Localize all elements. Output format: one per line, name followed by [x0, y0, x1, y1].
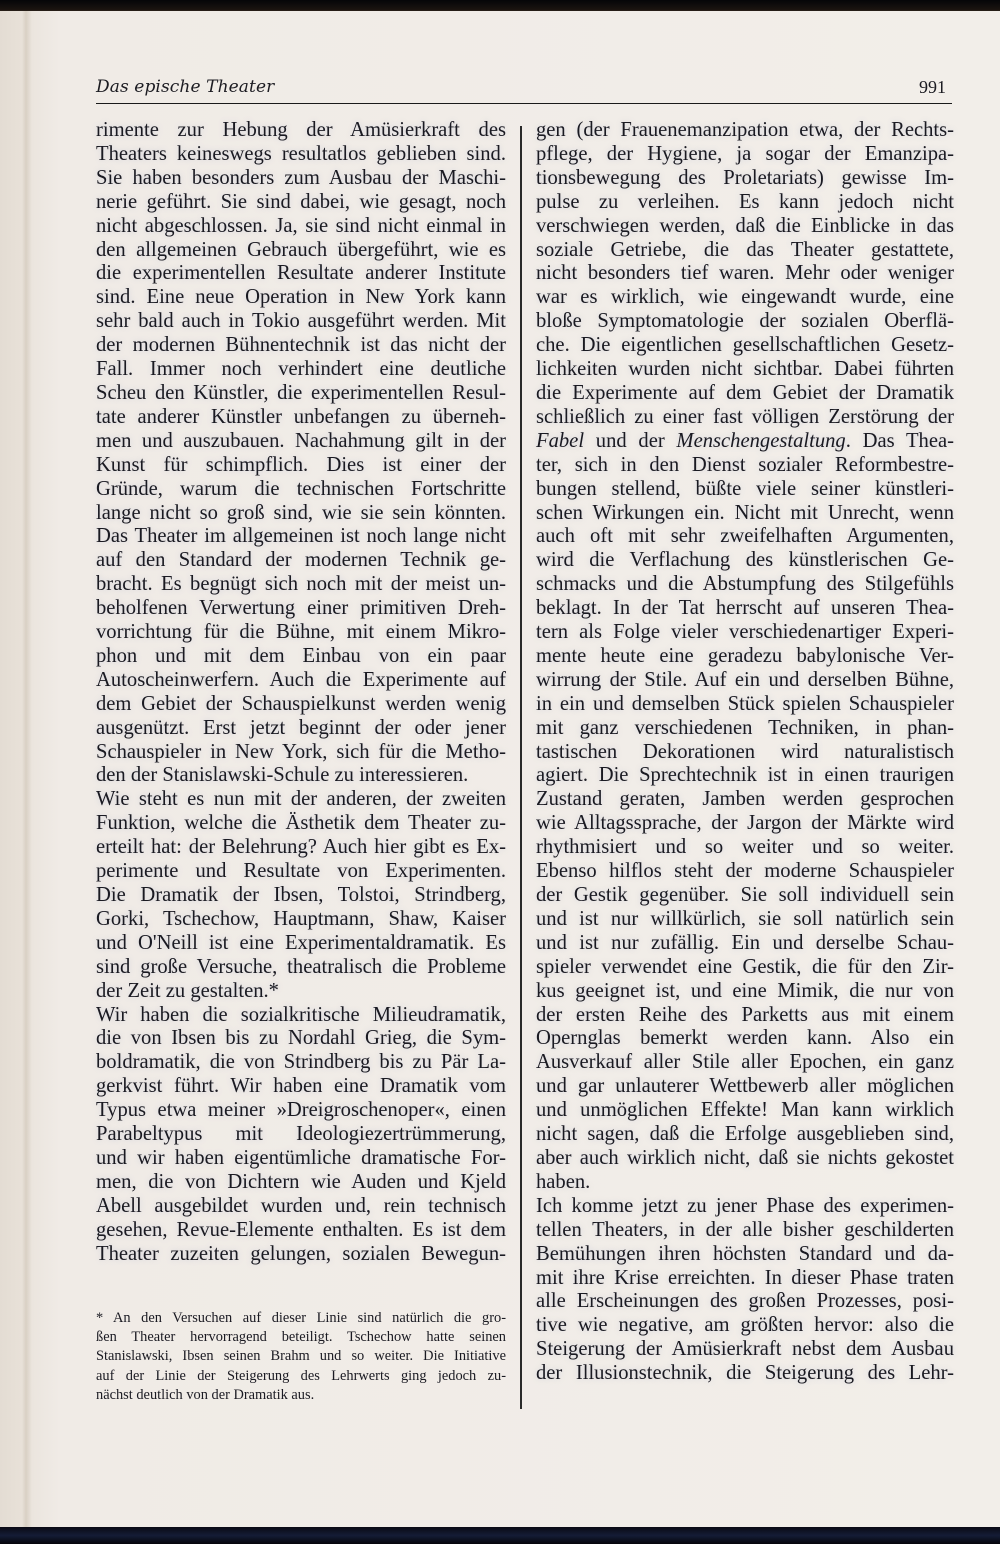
text-line: Wir haben die sozialkritische Milieudram… — [96, 1004, 506, 1028]
text-line: men, die von Dichtern wie Auden und Kjel… — [96, 1171, 506, 1195]
text-line: soziale Getriebe, die das Theater gestat… — [536, 239, 954, 263]
text-line: tern als Folge vieler verschiedenartiger… — [536, 621, 954, 645]
text-line: und O'Neill ist eine Experimentaldramati… — [96, 932, 506, 956]
text-line: auch oft mit sehr zweifelhaften Argument… — [536, 525, 954, 549]
text-line: vorrichtung für die Bühne, mit einem Mik… — [96, 621, 506, 645]
text-line: ter, sich in den Dienst sozialer Reformb… — [536, 454, 954, 478]
text-line: Ich komme jetzt zu jener Phase des exper… — [536, 1195, 954, 1219]
text-line: tellen Theaters, in der alle bisher gesc… — [536, 1219, 954, 1243]
text-line: Sie haben besonders zum Ausbau der Masch… — [96, 167, 506, 191]
text-line: mit ihre Krise erreichten. In dieser Pha… — [536, 1267, 954, 1291]
text-line: Fall. Immer noch verhindert eine deutlic… — [96, 358, 506, 382]
text-line: Ausverkauf aller Stile aller Epochen, ei… — [536, 1051, 954, 1075]
text-line: mit ganz verschiedenen Techniken, in pha… — [536, 717, 954, 741]
text-line: Steigerung der Amüsierkraft nebst dem Au… — [536, 1338, 954, 1362]
text-line: wirrung der Stile. Auf ein und derselben… — [536, 669, 954, 693]
text-line: Bemühungen ihren höchsten Standard und d… — [536, 1243, 954, 1267]
text-line: Zustand geraten, Jamben werden gesproche… — [536, 788, 954, 812]
text-line: Parabeltypus mit Ideologiezertrümmerung, — [96, 1123, 506, 1147]
footnote-line: ßen Theater hervorragend beteiligt. Tsch… — [96, 1328, 506, 1347]
text-line: und unmöglichen Effekte! Man kann wirkli… — [536, 1099, 954, 1123]
text-line: rimente zur Hebung der Amüsierkraft des — [96, 119, 506, 143]
text-line: und wir haben eigentümliche dramatische … — [96, 1147, 506, 1171]
text-line: sind große Versuche, theatralisch die Pr… — [96, 956, 506, 980]
text-line: Schauspieler in New York, sich für die M… — [96, 741, 506, 765]
text-line: erteilt hat: der Belehrung? Auch hier gi… — [96, 836, 506, 860]
text-line: wird die Verflachung des künstlerischen … — [536, 549, 954, 573]
text-line: pulse zu verleihen. Es kann jedoch nicht — [536, 191, 954, 215]
text-line: Ebenso hilflos steht der moderne Schausp… — [536, 860, 954, 884]
text-line: lichkeiten wurden nicht sichtbar. Dabei … — [536, 358, 954, 382]
scan-bottom-edge — [0, 1527, 1000, 1544]
emphasis-fabel: Fabel — [536, 430, 584, 452]
text-line: sind. Eine neue Operation in New York ka… — [96, 286, 506, 310]
text-line: schließlich zu einer fast völligen Zerst… — [536, 406, 954, 430]
text-line: tastischen Dekorationen wird naturalisti… — [536, 741, 954, 765]
footnote-line: nächst deutlich von der Dramatik aus. — [96, 1386, 506, 1405]
text-line: die Experimente auf dem Gebiet der Drama… — [536, 382, 954, 406]
text-line: Theaters keineswegs resultatlos gebliebe… — [96, 143, 506, 167]
text-line: verschwiegen werden, daß die Einblicke i… — [536, 215, 954, 239]
text-line: Autoscheinwerfern. Auch die Experimente … — [96, 669, 506, 693]
text-line-with-emphasis: Fabel und der Menschengestaltung. Das Th… — [536, 430, 954, 454]
text-line: boldramatik, die von Strindberg bis zu P… — [96, 1051, 506, 1075]
text-line: gesehen, Revue-Elemente enthalten. Es is… — [96, 1219, 506, 1243]
footnote-line: * An den Versuchen auf dieser Linie sind… — [96, 1309, 506, 1328]
text-line: schmacks und die Abstumpfung des Stilgef… — [536, 573, 954, 597]
running-title: Das epische Theater — [96, 77, 274, 97]
text-line: der ersten Reihe des Parketts aus mit ei… — [536, 1004, 954, 1028]
text-line: nicht abgeschlossen. Ja, sie sind nicht … — [96, 215, 506, 239]
running-header: Das epische Theater 991 — [96, 77, 952, 104]
text-line: alle Erscheinungen des großen Prozesses,… — [536, 1290, 954, 1314]
text-line: beholfenen Verwertung einer primitiven D… — [96, 597, 506, 621]
text-line: gerkvist führt. Wir haben eine Dramatik … — [96, 1075, 506, 1099]
text-line: Opernglas bemerkt werden kann. Also ein — [536, 1027, 954, 1051]
text-line: die experimentellen Resultate anderer In… — [96, 262, 506, 286]
text-line: bloße Symptomatologie der sozialen Oberf… — [536, 310, 954, 334]
emphasis-menschengestaltung: Menschengestaltung — [676, 430, 845, 452]
text-line: Wie steht es nun mit der anderen, der zw… — [96, 788, 506, 812]
scanned-book-page: Das epische Theater 991 rimente zur Hebu… — [0, 0, 1000, 1544]
text-line: Gründe, warum die technischen Fortschrit… — [96, 478, 506, 502]
footnote-line: auf der Linie der Steigerung des Lehrwer… — [96, 1367, 506, 1386]
text-line: perimente und Resultate von Experimenten… — [96, 860, 506, 884]
text-line: aber auch wirklich nicht, daß sie nichts… — [536, 1147, 954, 1171]
text-line: Typus etwa meiner »Dreigroschenoper«, ei… — [96, 1099, 506, 1123]
text-line: die von Ibsen bis zu Nordahl Grieg, die … — [96, 1027, 506, 1051]
text-line: Theater zuzeiten gelungen, sozialen Bewe… — [96, 1243, 506, 1267]
text-line: der Illusionstechnik, die Steigerung des… — [536, 1362, 954, 1386]
text-line: che. Die eigentlichen gesellschaftlichen… — [536, 334, 954, 358]
text-line: beklagt. In der Tat herrscht auf unseren… — [536, 597, 954, 621]
text-line: wie Alltagssprache, der Jargon der Märkt… — [536, 812, 954, 836]
text-line: phon und mit dem Einbau von ein paar — [96, 645, 506, 669]
text-line: Die Dramatik der Ibsen, Tolstoi, Strindb… — [96, 884, 506, 908]
text-line: in ein und demselben Stück spielen Schau… — [536, 693, 954, 717]
text-line: tive wie negative, am größten hervor: al… — [536, 1314, 954, 1338]
text-line: bungen stellend, büßte viele seiner küns… — [536, 478, 954, 502]
text-line: agiert. Die Sprechtechnik ist in einen t… — [536, 764, 954, 788]
text-line: pflege, der Hygiene, ja sogar der Emanzi… — [536, 143, 954, 167]
text-line: und ist nur zufällig. Ein und derselbe S… — [536, 932, 954, 956]
text-line: Abell ausgebildet wurden und, rein techn… — [96, 1195, 506, 1219]
column-divider — [520, 126, 522, 1409]
text-line: nicht sagen, daß die Erfolge ausgebliebe… — [536, 1123, 954, 1147]
text-line: spieler verwendet eine Gestik, die für d… — [536, 956, 954, 980]
text-fragment: und der — [584, 430, 676, 452]
book-page: Das epische Theater 991 rimente zur Hebu… — [0, 11, 1000, 1528]
right-column: gen (der Frauenemanzipation etwa, der Re… — [536, 119, 954, 1386]
footnote-line: Stanislawski, Ibsen seinen Brahm und so … — [96, 1347, 506, 1366]
text-line: Das Theater im allgemeinen ist noch lang… — [96, 525, 506, 549]
text-line: haben. — [536, 1171, 954, 1195]
left-column: rimente zur Hebung der Amüsierkraft des … — [96, 119, 506, 1267]
text-line: tate anderer Künstler unbefangen zu über… — [96, 406, 506, 430]
text-line: der modernen Bühnentechnik ist das nicht… — [96, 334, 506, 358]
text-line: men und auszubauen. Nachahmung gilt in d… — [96, 430, 506, 454]
text-line: Kunst für schimpflich. Dies ist einer de… — [96, 454, 506, 478]
text-line: schen Wirkungen ein. Nicht mit Unrecht, … — [536, 502, 954, 526]
text-line: mente heute eine geradezu babylonische V… — [536, 645, 954, 669]
text-line: Funktion, welche die Ästhetik dem Theate… — [96, 812, 506, 836]
text-line: und gar unlauterer Wettbewerb aller mögl… — [536, 1075, 954, 1099]
text-line: und ist nur willkürlich, sie soll natürl… — [536, 908, 954, 932]
text-line: auf den Standard der modernen Technik ge… — [96, 549, 506, 573]
text-line: nicht besonders tief waren. Mehr oder we… — [536, 262, 954, 286]
text-line: den der Stanislawski-Schule zu interessi… — [96, 764, 506, 788]
text-line: lange nicht so groß sind, wie sie sein k… — [96, 502, 506, 526]
text-line: Gorki, Tschechow, Hauptmann, Shaw, Kaise… — [96, 908, 506, 932]
text-line: tionsbewegung des Proletariats) gewisse … — [536, 167, 954, 191]
footnote: * An den Versuchen auf dieser Linie sind… — [96, 1309, 506, 1405]
page-number: 991 — [919, 77, 946, 98]
text-fragment: . Das Thea- — [846, 430, 954, 452]
text-line: gen (der Frauenemanzipation etwa, der Re… — [536, 119, 954, 143]
text-line: ausgenützt. Erst jetzt beginnt der oder … — [96, 717, 506, 741]
text-line: Scheu den Künstler, die experimentellen … — [96, 382, 506, 406]
text-line: den allgemeinen Gebrauch übergeführt, wi… — [96, 239, 506, 263]
text-line: rhythmisiert und so weiter und so weiter… — [536, 836, 954, 860]
text-line: sehr bald auch in Tokio ausgeführt werde… — [96, 310, 506, 334]
text-line: bracht. Es begnügt sich noch mit der mei… — [96, 573, 506, 597]
text-line: nerie geführt. Sie sind dabei, wie gesag… — [96, 191, 506, 215]
text-line: kus geeignet ist, und eine Mimik, die nu… — [536, 980, 954, 1004]
text-line-footnote-ref: der Zeit zu gestalten.* — [96, 980, 506, 1004]
text-line: dem Gebiet der Schauspielkunst werden we… — [96, 693, 506, 717]
text-line: war es wirklich, wie eingewandt wurde, e… — [536, 286, 954, 310]
text-line: der Gestik gegenüber. Sie soll individue… — [536, 884, 954, 908]
